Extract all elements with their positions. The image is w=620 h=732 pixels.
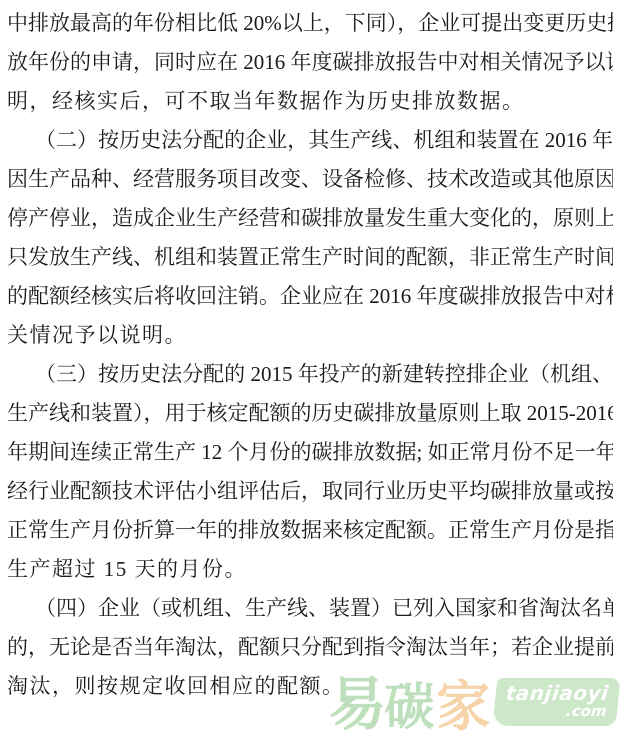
- site-url-badge: tanjiaoyi .com: [493, 678, 620, 726]
- brand-character-jia: 家: [436, 681, 490, 732]
- document-page: 中排放最高的年份相比低 20%以上，下同），企业可提出变更历史排 放年份的申请，…: [0, 0, 620, 732]
- text-line: 生产超过 15 天的月份。: [7, 550, 613, 589]
- watermark-logo: 易 碳 家 tanjiaoyi .com: [328, 677, 618, 732]
- text-line: 停产停业，造成企业生产经营和碳排放量发生重大变化的，原则上: [7, 199, 613, 238]
- text-line: 只发放生产线、机组和装置正常生产时间的配额，非正常生产时间: [7, 238, 613, 277]
- text-line: 放年份的申请，同时应在 2016 年度碳排放报告中对相关情况予以说: [7, 43, 613, 82]
- text-line: 年期间连续正常生产 12 个月份的碳排放数据; 如正常月份不足一年，: [7, 433, 613, 472]
- text-line: 生产线和装置），用于核定配额的历史碳排放量原则上取 2015-2016: [7, 394, 613, 433]
- text-line: 明，经核实后，可不取当年数据作为历史排放数据。: [7, 82, 613, 121]
- text-line: （四）企业（或机组、生产线、装置）已列入国家和省淘汰名单: [7, 589, 613, 628]
- brand-character-yi: 易: [328, 677, 386, 732]
- text-line: （三）按历史法分配的 2015 年投产的新建转控排企业（机组、: [7, 355, 613, 394]
- text-line: （二）按历史法分配的企业，其生产线、机组和装置在 2016 年: [7, 121, 613, 160]
- text-line: 中排放最高的年份相比低 20%以上，下同），企业可提出变更历史排: [7, 4, 613, 43]
- text-line: 经行业配额技术评估小组评估后，取同行业历史平均碳排放量或按: [7, 472, 613, 511]
- text-line: 的，无论是否当年淘汰，配额只分配到指令淘汰当年；若企业提前: [7, 628, 613, 667]
- text-line: 因生产品种、经营服务项目改变、设备检修、技术改造或其他原因: [7, 160, 613, 199]
- text-line: 关情况予以说明。: [7, 316, 613, 355]
- text-line: 的配额经核实后将收回注销。企业应在 2016 年度碳排放报告中对相: [7, 277, 613, 316]
- brand-character-tan: 碳: [384, 684, 434, 732]
- text-line: 正常生产月份折算一年的排放数据来核定配额。正常生产月份是指: [7, 511, 613, 550]
- site-url-line2: .com: [503, 704, 607, 720]
